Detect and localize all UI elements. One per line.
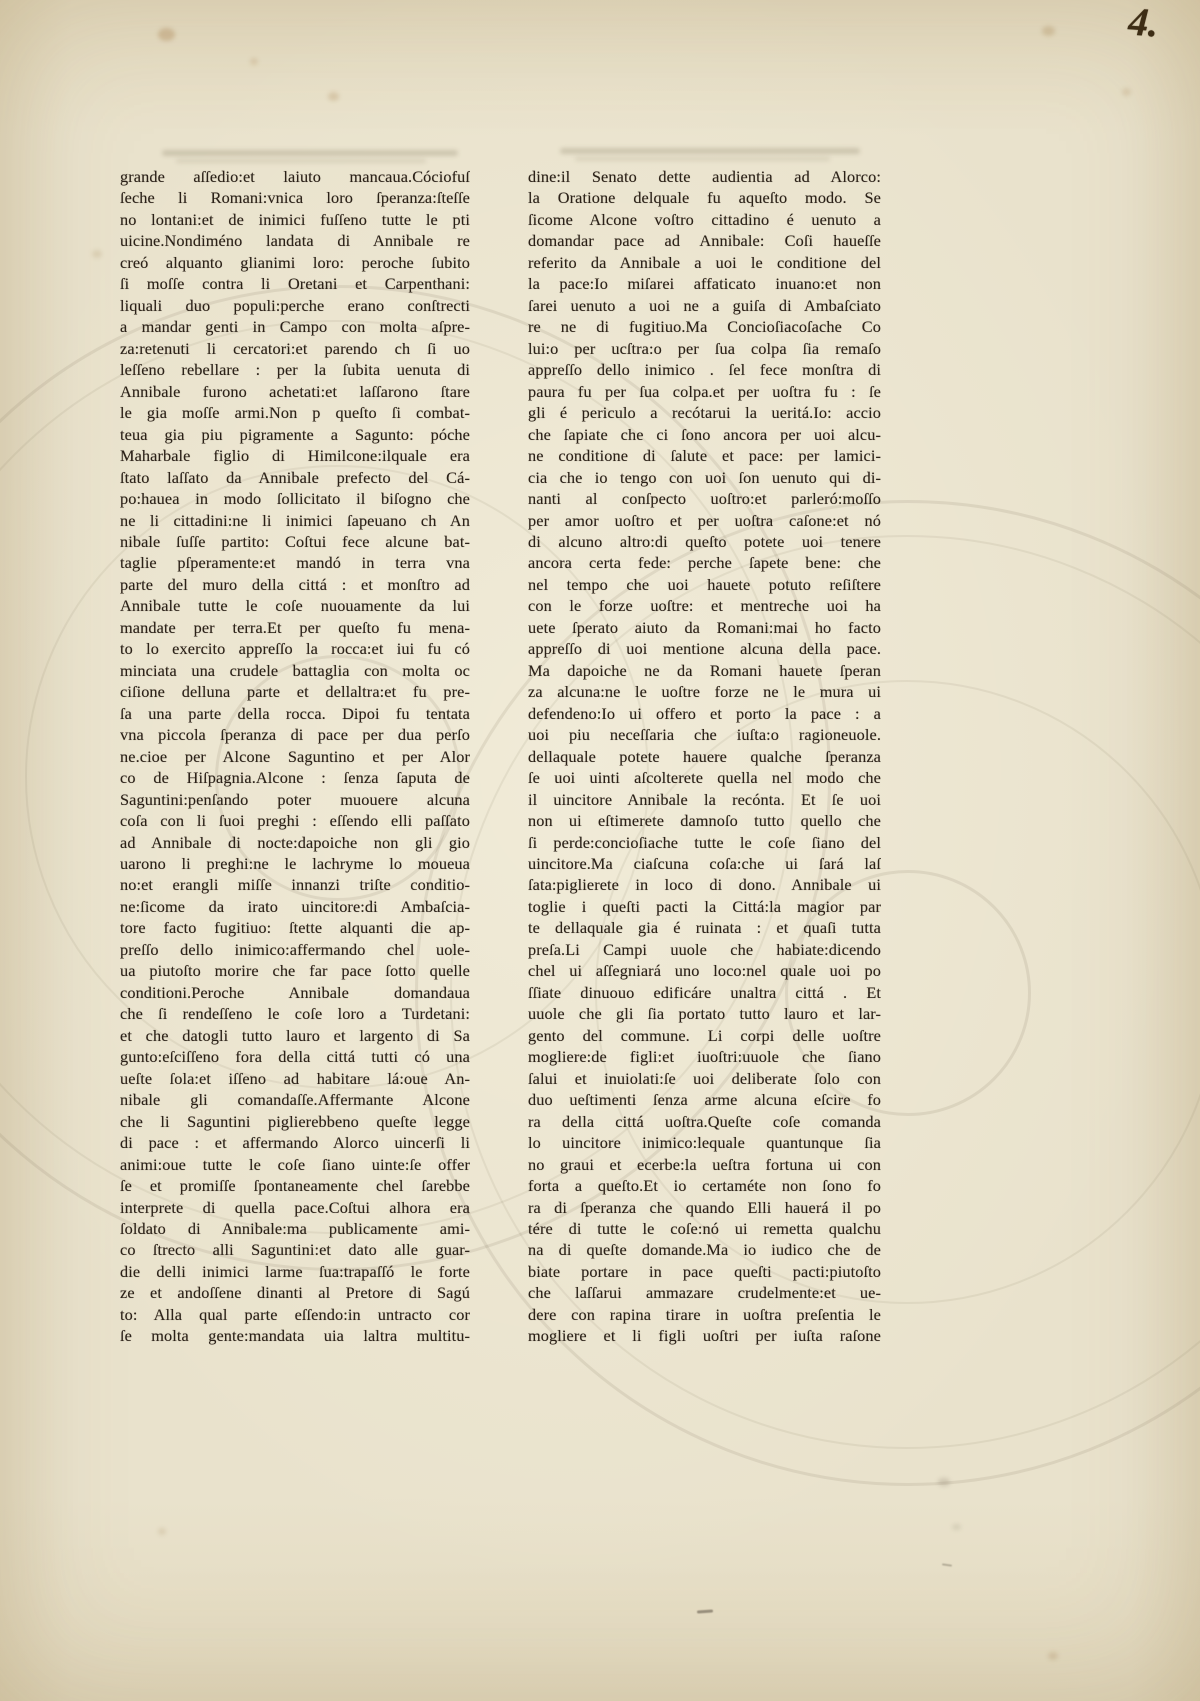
- text-line: ſe et promiſſe ſpontaneamente chel ſareb…: [120, 1175, 470, 1196]
- text-line: co ſtrecto alli Saguntini:et dato alle g…: [120, 1239, 470, 1260]
- text-line: no:et erangli miſſe innanzi triſte condi…: [120, 874, 470, 895]
- text-line: Annibale tutte le coſe nuouamente da lui: [120, 595, 470, 616]
- text-line: ſi perde:concioſiache tutte le coſe ſian…: [528, 832, 881, 853]
- text-line: paura fu per ſua colpa.et per uoſtra fu …: [528, 381, 881, 402]
- text-line: ne.cioe per Alcone Saguntino et per Alor: [120, 746, 470, 767]
- text-line: gunto:eſciſſeno fora della cittá tutti c…: [120, 1046, 470, 1067]
- text-column-right: dine:il Senato dette audientia ad Alorco…: [528, 166, 881, 1350]
- text-line: po:hauea in modo ſollicitato il biſogno …: [120, 488, 470, 509]
- text-line: la Oratione delquale fu aqueſto modo. Se: [528, 187, 881, 208]
- text-line: di alcuno altro:di queſto potete uoi ten…: [528, 531, 881, 552]
- text-line: te dellaquale gia é ruinata : et quaſi t…: [528, 917, 881, 938]
- text-line: Ma dapoiche ne da Romani hauete ſperan: [528, 660, 881, 681]
- text-line: forta a queſto.Et io certaméte non ſono …: [528, 1175, 881, 1196]
- text-line: ancora certa fede: perche ſapete bene: c…: [528, 552, 881, 573]
- showthrough-smudge: [176, 159, 426, 163]
- text-line: vna piccola ſperanza di pace per dua per…: [120, 724, 470, 745]
- text-line: di pace : et affermando Alorco uincerſi …: [120, 1132, 470, 1153]
- text-line: ne li cittadini:ne li inimici ſapeuano c…: [120, 510, 470, 531]
- text-line: nel tempo che uoi hauete potuto reſiſter…: [528, 574, 881, 595]
- text-line: preſa.Li Campi uuole che habiate:dicendo: [528, 939, 881, 960]
- showthrough-smudge: [560, 148, 860, 154]
- text-line: mogliere et li figli uoſtri per iuſta ra…: [528, 1325, 881, 1346]
- text-line: creó alquanto glianimi loro: peroche ſub…: [120, 252, 470, 273]
- foxing-spot: [158, 1528, 166, 1535]
- foxing-spot: [938, 1478, 950, 1486]
- foxing-spot: [1048, 1652, 1058, 1660]
- text-line: la pace:Io miſarei affaticato inuano:et …: [528, 273, 881, 294]
- text-line: interprete di quella pace.Coſtui alhora …: [120, 1197, 470, 1218]
- text-line: gento del commune. Li corpi delle uoſtre: [528, 1025, 881, 1046]
- text-line: ſata:piglierete in loco di dono. Annibal…: [528, 874, 881, 895]
- text-line: il uincitore Annibale la recónta. Et ſe …: [528, 789, 881, 810]
- text-line: minciata una crudele battaglia con molta…: [120, 660, 470, 681]
- showthrough-smudge: [162, 150, 458, 156]
- text-line: ne conditione di ſalute et pace: per lam…: [528, 445, 881, 466]
- text-line: a mandar genti in Campo con molta aſpre-: [120, 316, 470, 337]
- book-page-scan: 4. grande aſſedio:et laiuto mancaua.Cóci…: [0, 0, 1200, 1701]
- text-line: che li Saguntini piglierebbeno queſte le…: [120, 1111, 470, 1132]
- text-line: ſarei uenuto a uoi ne a guiſa di Ambaſci…: [528, 295, 881, 316]
- text-line: Saguntini:penſando poter muouere alcuna: [120, 789, 470, 810]
- text-line: mandate per terra.Et per queſto fu mena-: [120, 617, 470, 638]
- text-line: con le forze uoſtre: et mentreche uoi ha: [528, 595, 881, 616]
- text-line: grande aſſedio:et laiuto mancaua.Cóciofu…: [120, 166, 470, 187]
- text-line: biate portare in pace queſti pacti:piuto…: [528, 1261, 881, 1282]
- text-line: non ui eſtimerete damnoſo tutto quello c…: [528, 810, 881, 831]
- text-line: taglie pſperamente:et mandó in terra vna: [120, 552, 470, 573]
- text-line: to: Alla qual parte eſſendo:in untracto …: [120, 1304, 470, 1325]
- text-line: za:retenuti li cercatori:et parendo ch ſ…: [120, 338, 470, 359]
- text-line: ſoldato di Annibale:ma publicamente ami-: [120, 1218, 470, 1239]
- text-line: conditioni.Peroche Annibale domandaua: [120, 982, 470, 1003]
- text-line: ua piutoſto morire che far pace ſotto qu…: [120, 960, 470, 981]
- text-line: chel ui aſſegniará uno loco:nel quale uo…: [528, 960, 881, 981]
- text-line: uuole che gli ſia portato tutto lauro et…: [528, 1003, 881, 1024]
- text-line: ne:ſicome da irato uincitore:di Ambaſcia…: [120, 896, 470, 917]
- text-line: ſalui et inuiolati:ſe uoi deliberate ſol…: [528, 1068, 881, 1089]
- foxing-spot: [1122, 88, 1131, 96]
- text-line: nibale gli comandaſſe.Affermante Alcone: [120, 1089, 470, 1110]
- folio-number: 4.: [1126, 0, 1200, 62]
- text-line: dellaquale potete hauere qualche ſperanz…: [528, 746, 881, 767]
- foxing-spot: [952, 1524, 961, 1530]
- text-column-left: grande aſſedio:et laiuto mancaua.Cóciofu…: [120, 166, 470, 1350]
- text-line: le gia moſſe armi.Non p queſto ſi combat…: [120, 402, 470, 423]
- text-line: co de Hiſpagnia.Alcone : ſenza ſaputa de: [120, 767, 470, 788]
- text-line: ſtato laſſato da Annibale prefecto del C…: [120, 467, 470, 488]
- text-line: no lontani:et de inimici fuſſeno tutte l…: [120, 209, 470, 230]
- text-line: ſe molta gente:mandata uia laltra multit…: [120, 1325, 470, 1346]
- text-line: ſi moſſe contra li Oretani et Carpenthan…: [120, 273, 470, 294]
- text-line: appreſſo di uoi mentione alcuna della pa…: [528, 638, 881, 659]
- text-line: ciſione delluna parte et dellaltra:et fu…: [120, 681, 470, 702]
- text-line: uoi piu neceſſaria che iuſta:o ragioneuo…: [528, 724, 881, 745]
- text-line: parte del muro della cittá : et monſtro …: [120, 574, 470, 595]
- text-line: che ſi rendeſſeno le coſe loro a Turdeta…: [120, 1003, 470, 1024]
- text-line: uicine.Nondiméno landata di Annibale re: [120, 230, 470, 251]
- text-line: ad Annibale di nocte:dapoiche non gli gi…: [120, 832, 470, 853]
- text-line: dere con rapina tirare in uoſtra preſent…: [528, 1304, 881, 1325]
- text-line: die delli inimici larme ſua:trapaſſó le …: [120, 1261, 470, 1282]
- text-line: mogliere:de figli:et iuoſtri:uuole che ſ…: [528, 1046, 881, 1067]
- text-line: ſe uoi uinti aſcolterete quella nel modo…: [528, 767, 881, 788]
- text-line: lo uincitore inimico:lequale quantunque …: [528, 1132, 881, 1153]
- foxing-spot: [1042, 26, 1055, 36]
- text-line: re ne di fugitiuo.Ma Concioſiacoſache Co: [528, 316, 881, 337]
- showthrough-smudge: [575, 157, 830, 161]
- text-line: che laſſarui ammazare crudelmente:et ue-: [528, 1282, 881, 1303]
- text-line: ra di ſperanza che quando Elli hauerá il…: [528, 1197, 881, 1218]
- foxing-spot: [250, 58, 258, 65]
- text-line: preſſo dello inimico:affermando chel uol…: [120, 939, 470, 960]
- text-line: referito da Annibale a uoi le conditione…: [528, 252, 881, 273]
- text-line: uete ſperato aiuto da Romani:mai ho fact…: [528, 617, 881, 638]
- text-line: to lo exercito appreſſo la rocca:et iui …: [120, 638, 470, 659]
- text-line: gli é periculo a recótarui la ueritá.Io:…: [528, 402, 881, 423]
- text-line: uincitore.Ma ciaſcuna coſa:che ui ſará l…: [528, 853, 881, 874]
- text-line: defendeno:Io ui offero et porto la pace …: [528, 703, 881, 724]
- text-line: Maharbale figlio di Himilcone:ilquale er…: [120, 445, 470, 466]
- foxing-spot: [92, 250, 102, 258]
- text-line: ſeche li Romani:vnica loro ſperanza:ſteſ…: [120, 187, 470, 208]
- text-line: tore facto fugitiuo: ſtette alquanti die…: [120, 917, 470, 938]
- text-line: nanti al conſpecto uoſtro:et parleró:moſ…: [528, 488, 881, 509]
- text-line: ueſte ſola:et iſſeno ad habitare lá:oue …: [120, 1068, 470, 1089]
- text-line: lui:o per ucſtra:o per ſua colpa ſia rem…: [528, 338, 881, 359]
- text-line: na di queſte domande.Ma io iudico che de: [528, 1239, 881, 1260]
- text-line: liquali duo populi:perche erano conſtrec…: [120, 295, 470, 316]
- text-line: nibale ſuſſe partito: Coſtui fece alcune…: [120, 531, 470, 552]
- pencil-mark: [697, 1609, 713, 1613]
- text-line: ra della cittá uoſtra.Queſte coſe comand…: [528, 1111, 881, 1132]
- text-line: toglie i queſti pacti la Cittá:la magior…: [528, 896, 881, 917]
- foxing-spot: [158, 28, 175, 41]
- text-line: ze et andoſſene dinanti al Pretore di Sa…: [120, 1282, 470, 1303]
- text-line: che ſapiate che ci ſono ancora per uoi a…: [528, 424, 881, 445]
- text-line: za alcuna:ne le uoſtre forze ne le mura …: [528, 681, 881, 702]
- text-line: coſa con li ſuoi preghi : eſſendo elli p…: [120, 810, 470, 831]
- text-line: duo ueſtimenti ſenza arme alcuna eſcire …: [528, 1089, 881, 1110]
- text-line: et che datogli tutto lauro et largento d…: [120, 1025, 470, 1046]
- text-line: teua gia piu pigramente a Sagunto: póche: [120, 424, 470, 445]
- text-line: ſa una parte della rocca. Dipoi fu tenta…: [120, 703, 470, 724]
- text-line: ſicome Alcone voſtro cittadino é uenuto …: [528, 209, 881, 230]
- text-line: Annibale furono achetati:et laſſarono ſt…: [120, 381, 470, 402]
- text-line: no graui et ecerbe:la ueſtra fortuna ui …: [528, 1154, 881, 1175]
- text-line: appreſſo dello inimico . ſel fece monſtr…: [528, 359, 881, 380]
- foxing-spot: [328, 92, 339, 101]
- text-line: ſſiate dinuouo edificáre unaltra cittá .…: [528, 982, 881, 1003]
- text-line: tére di tutte le coſe:nó ui remetta qual…: [528, 1218, 881, 1239]
- text-line: domandar pace ad Annibale: Coſi haueſſe: [528, 230, 881, 251]
- text-line: cia che io tengo con uoi ſon uenuto qui …: [528, 467, 881, 488]
- text-line: animi:oue tutte le coſe ſiano uinte:ſe o…: [120, 1154, 470, 1175]
- text-line: per amor uoſtro et per uoſtra caſone:et …: [528, 510, 881, 531]
- text-line: uarono li preghi:ne le lachryme lo moueu…: [120, 853, 470, 874]
- text-line: leſſeno rebellare : per la ſubita uenuta…: [120, 359, 470, 380]
- text-line: dine:il Senato dette audientia ad Alorco…: [528, 166, 881, 187]
- pencil-mark: [942, 1563, 952, 1566]
